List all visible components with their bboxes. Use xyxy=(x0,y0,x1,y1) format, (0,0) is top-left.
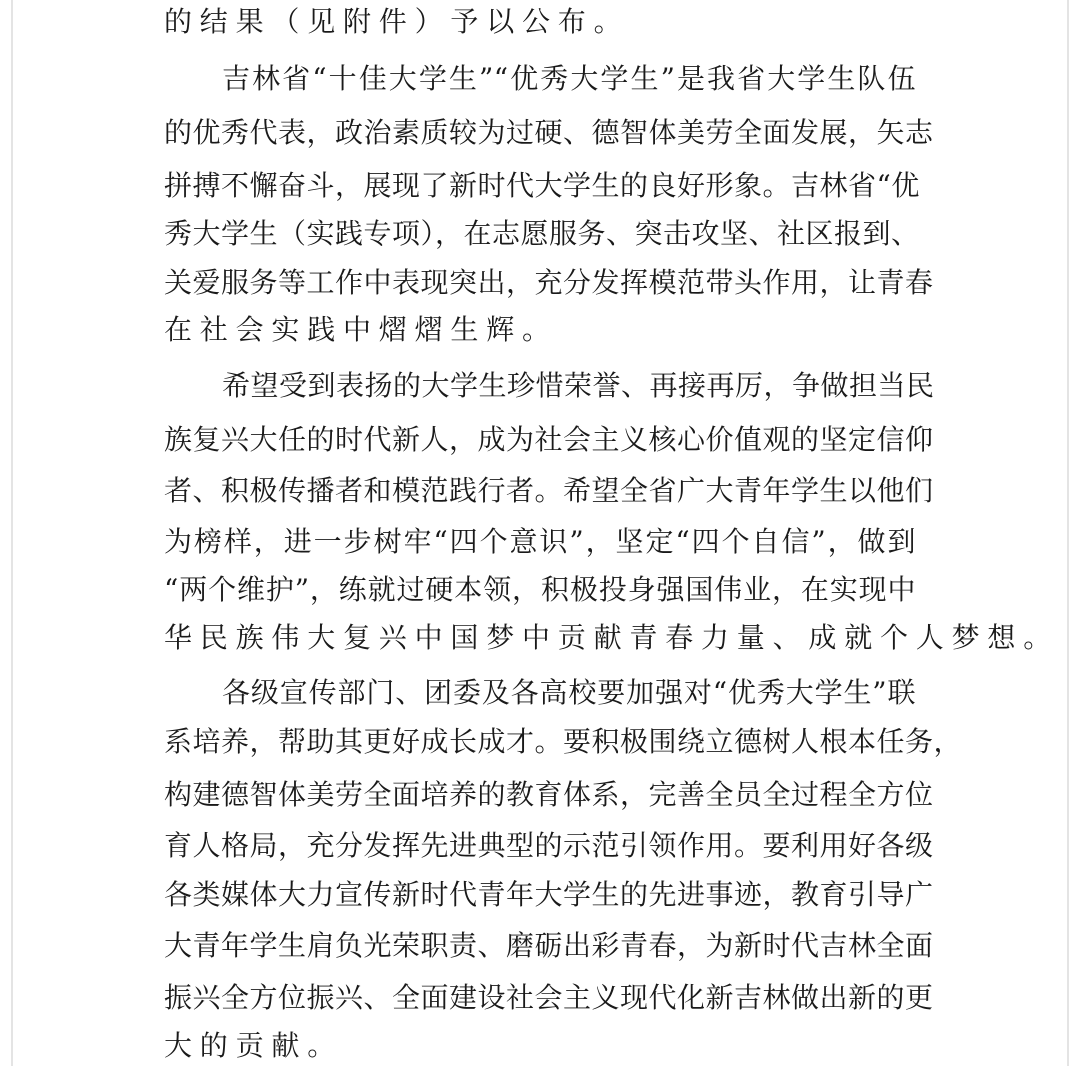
paragraph-4-line-7: 振兴全方位振兴、全面建设社会主义现代化新吉林做出新的更 xyxy=(164,978,916,1018)
paragraph-2-line-2: 的优秀代表，政治素质较为过硬、德智体美劳全面发展，矢志 xyxy=(164,113,916,153)
paragraph-4-line-3: 构建德智体美劳全面培养的教育体系，完善全员全过程全方位 xyxy=(164,775,916,815)
paragraph-4-line-4: 育人格局，充分发挥先进典型的示范引领作用。要利用好各级 xyxy=(164,826,916,866)
paragraph-2-line-5: 关爱服务等工作中表现突出，充分发挥模范带头作用，让青春 xyxy=(164,263,916,303)
paragraph-4-line-2: 系培养，帮助其更好成长成才。要积极围绕立德树人根本任务， xyxy=(164,722,916,762)
paragraph-3-line-5: “两个维护”，练就过硬本领，积极投身强国伟业，在实现中 xyxy=(164,570,916,610)
paragraph-4-line-1: 各级宣传部门、团委及各高校要加强对“优秀大学生”联 xyxy=(222,673,916,713)
paragraph-3-line-4: 为榜样，进一步树牢“四个意识”，坚定“四个自信”，做到 xyxy=(164,522,916,562)
paragraph-2-line-4: 秀大学生（实践专项），在志愿服务、突击攻坚、社区报到、 xyxy=(164,214,916,254)
paragraph-2-line-1: 吉林省“十佳大学生”“优秀大学生”是我省大学生队伍 xyxy=(222,59,916,99)
paragraph-2-line-6: 在社会实践中熠熠生辉。 xyxy=(164,310,916,350)
document-page: 的结果（见附件）予以公布。 吉林省“十佳大学生”“优秀大学生”是我省大学生队伍 … xyxy=(0,0,1080,1066)
paragraph-3-line-2: 族复兴大任的时代新人，成为社会主义核心价值观的坚定信仰 xyxy=(164,420,916,460)
paragraph-3-line-6: 华民族伟大复兴中国梦中贡献青春力量、成就个人梦想。 xyxy=(164,618,916,658)
paragraph-2-line-3: 拼搏不懈奋斗，展现了新时代大学生的良好形象。吉林省“优 xyxy=(164,166,916,206)
paragraph-3-line-1: 希望受到表扬的大学生珍惜荣誉、再接再厉，争做担当民 xyxy=(222,366,916,406)
paragraph-4-line-8: 大的贡献。 xyxy=(164,1026,916,1066)
paragraph-1-line-1: 的结果（见附件）予以公布。 xyxy=(164,2,916,42)
paragraph-4-line-6: 大青年学生肩负光荣职责、磨砺出彩青春，为新时代吉林全面 xyxy=(164,926,916,966)
paragraph-3-line-3: 者、积极传播者和模范践行者。希望全省广大青年学生以他们 xyxy=(164,471,916,511)
paragraph-4-line-5: 各类媒体大力宣传新时代青年大学生的先进事迹，教育引导广 xyxy=(164,875,916,915)
